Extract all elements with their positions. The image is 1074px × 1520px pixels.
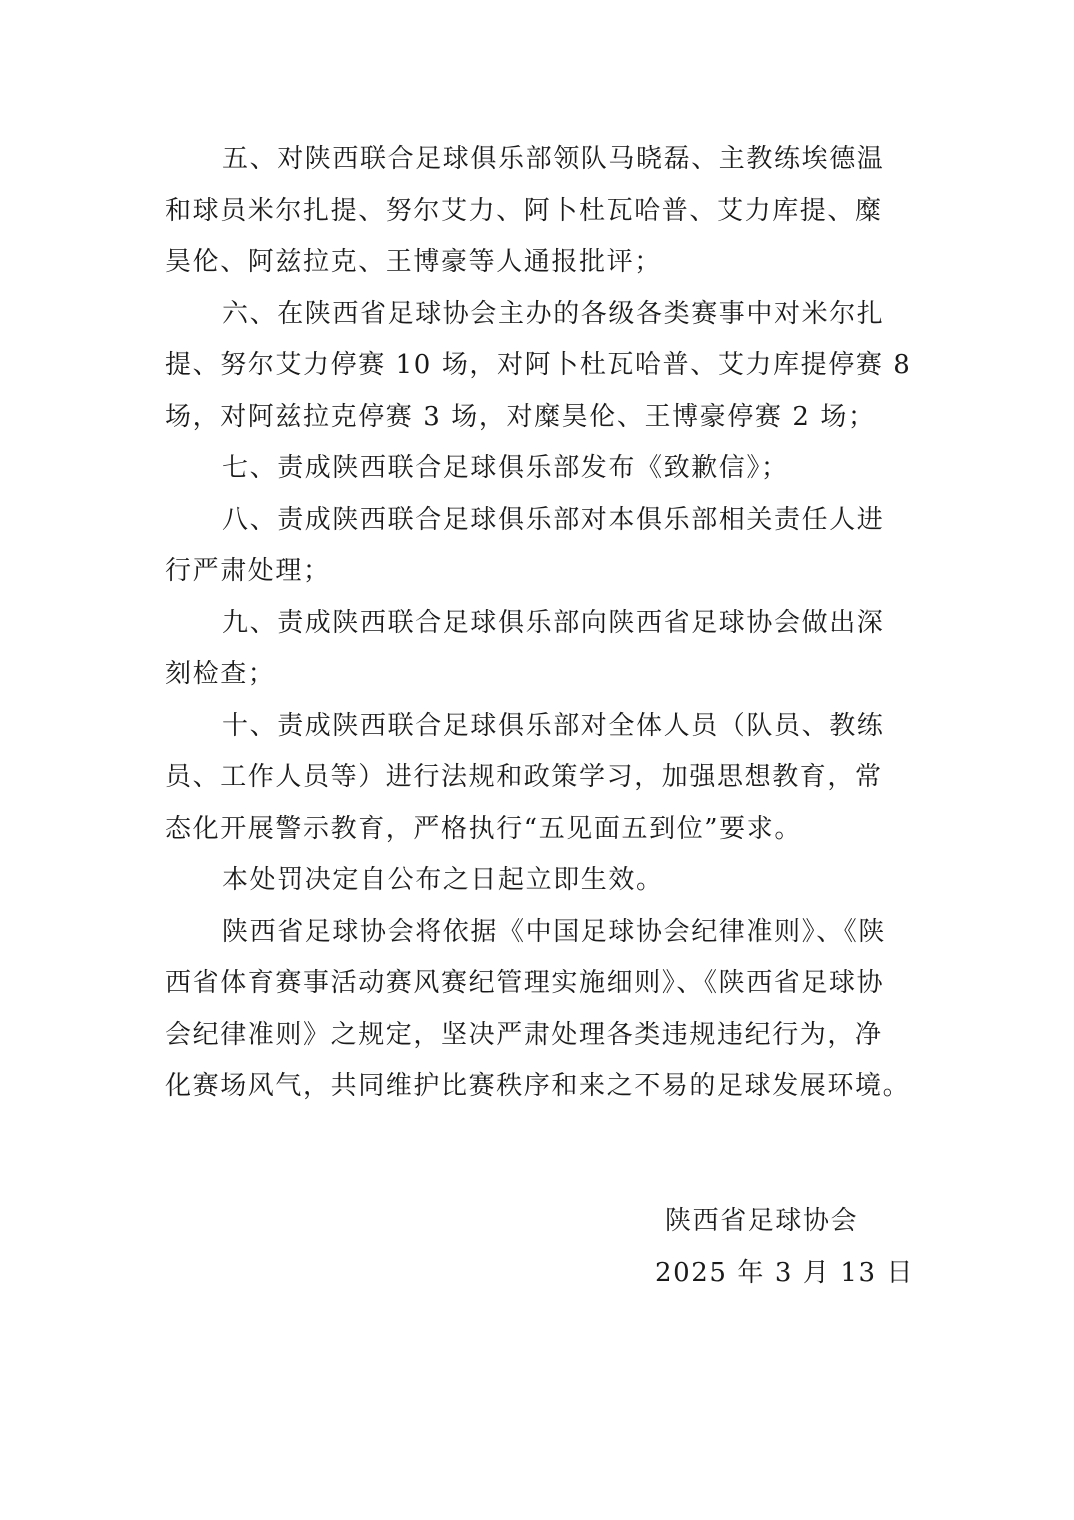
clause-8-line-1: 八、责成陕西联合足球俱乐部对本俱乐部相关责任人进 [165,495,925,547]
closing-paragraph-line-4: 化赛场风气，共同维护比赛秩序和来之不易的足球发展环境。 [165,1061,925,1113]
clause-7-line-1: 七、责成陕西联合足球俱乐部发布《致歉信》； [165,443,925,495]
clause-6-line-3: 场，对阿兹拉克停赛 3 场，对糜昊伦、王博豪停赛 2 场； [165,392,925,444]
clause-8-line-2: 行严肃处理； [165,546,925,598]
clause-5-line-2: 和球员米尔扎提、努尔艾力、阿卜杜瓦哈普、艾力库提、糜 [165,186,925,238]
clause-9-line-2: 刻检查； [165,649,925,701]
closing-paragraph-line-3: 会纪律准则》之规定，坚决严肃处理各类违规违纪行为，净 [165,1010,925,1062]
clause-10-line-3: 态化开展警示教育，严格执行“五见面五到位”要求。 [165,804,925,856]
clause-5-line-3: 昊伦、阿兹拉克、王博豪等人通报批评； [165,237,925,289]
clause-9-line-1: 九、责成陕西联合足球俱乐部向陕西省足球协会做出深 [165,598,925,650]
clause-10-line-1: 十、责成陕西联合足球俱乐部对全体人员（队员、教练 [165,701,925,753]
signature-block: 陕西省足球协会 2025 年 3 月 13 日 [655,1196,914,1299]
document-page: 五、对陕西联合足球俱乐部领队马晓磊、主教练埃德温 和球员米尔扎提、努尔艾力、阿卜… [0,0,1074,1520]
closing-paragraph-line-2: 西省体育赛事活动赛风赛纪管理实施细则》、《陕西省足球协 [165,958,925,1010]
document-body: 五、对陕西联合足球俱乐部领队马晓磊、主教练埃德温 和球员米尔扎提、努尔艾力、阿卜… [165,134,925,1113]
clause-5-line-1: 五、对陕西联合足球俱乐部领队马晓磊、主教练埃德温 [165,134,925,186]
signing-organization: 陕西省足球协会 [655,1196,914,1248]
clause-10-line-2: 员、工作人员等）进行法规和政策学习，加强思想教育，常 [165,752,925,804]
closing-paragraph-line-1: 陕西省足球协会将依据《中国足球协会纪律准则》、《陕 [165,907,925,959]
effective-statement: 本处罚决定自公布之日起立即生效。 [165,855,925,907]
clause-6-line-2: 提、努尔艾力停赛 10 场，对阿卜杜瓦哈普、艾力库提停赛 8 [165,340,925,392]
signing-date: 2025 年 3 月 13 日 [655,1248,914,1300]
clause-6-line-1: 六、在陕西省足球协会主办的各级各类赛事中对米尔扎 [165,289,925,341]
